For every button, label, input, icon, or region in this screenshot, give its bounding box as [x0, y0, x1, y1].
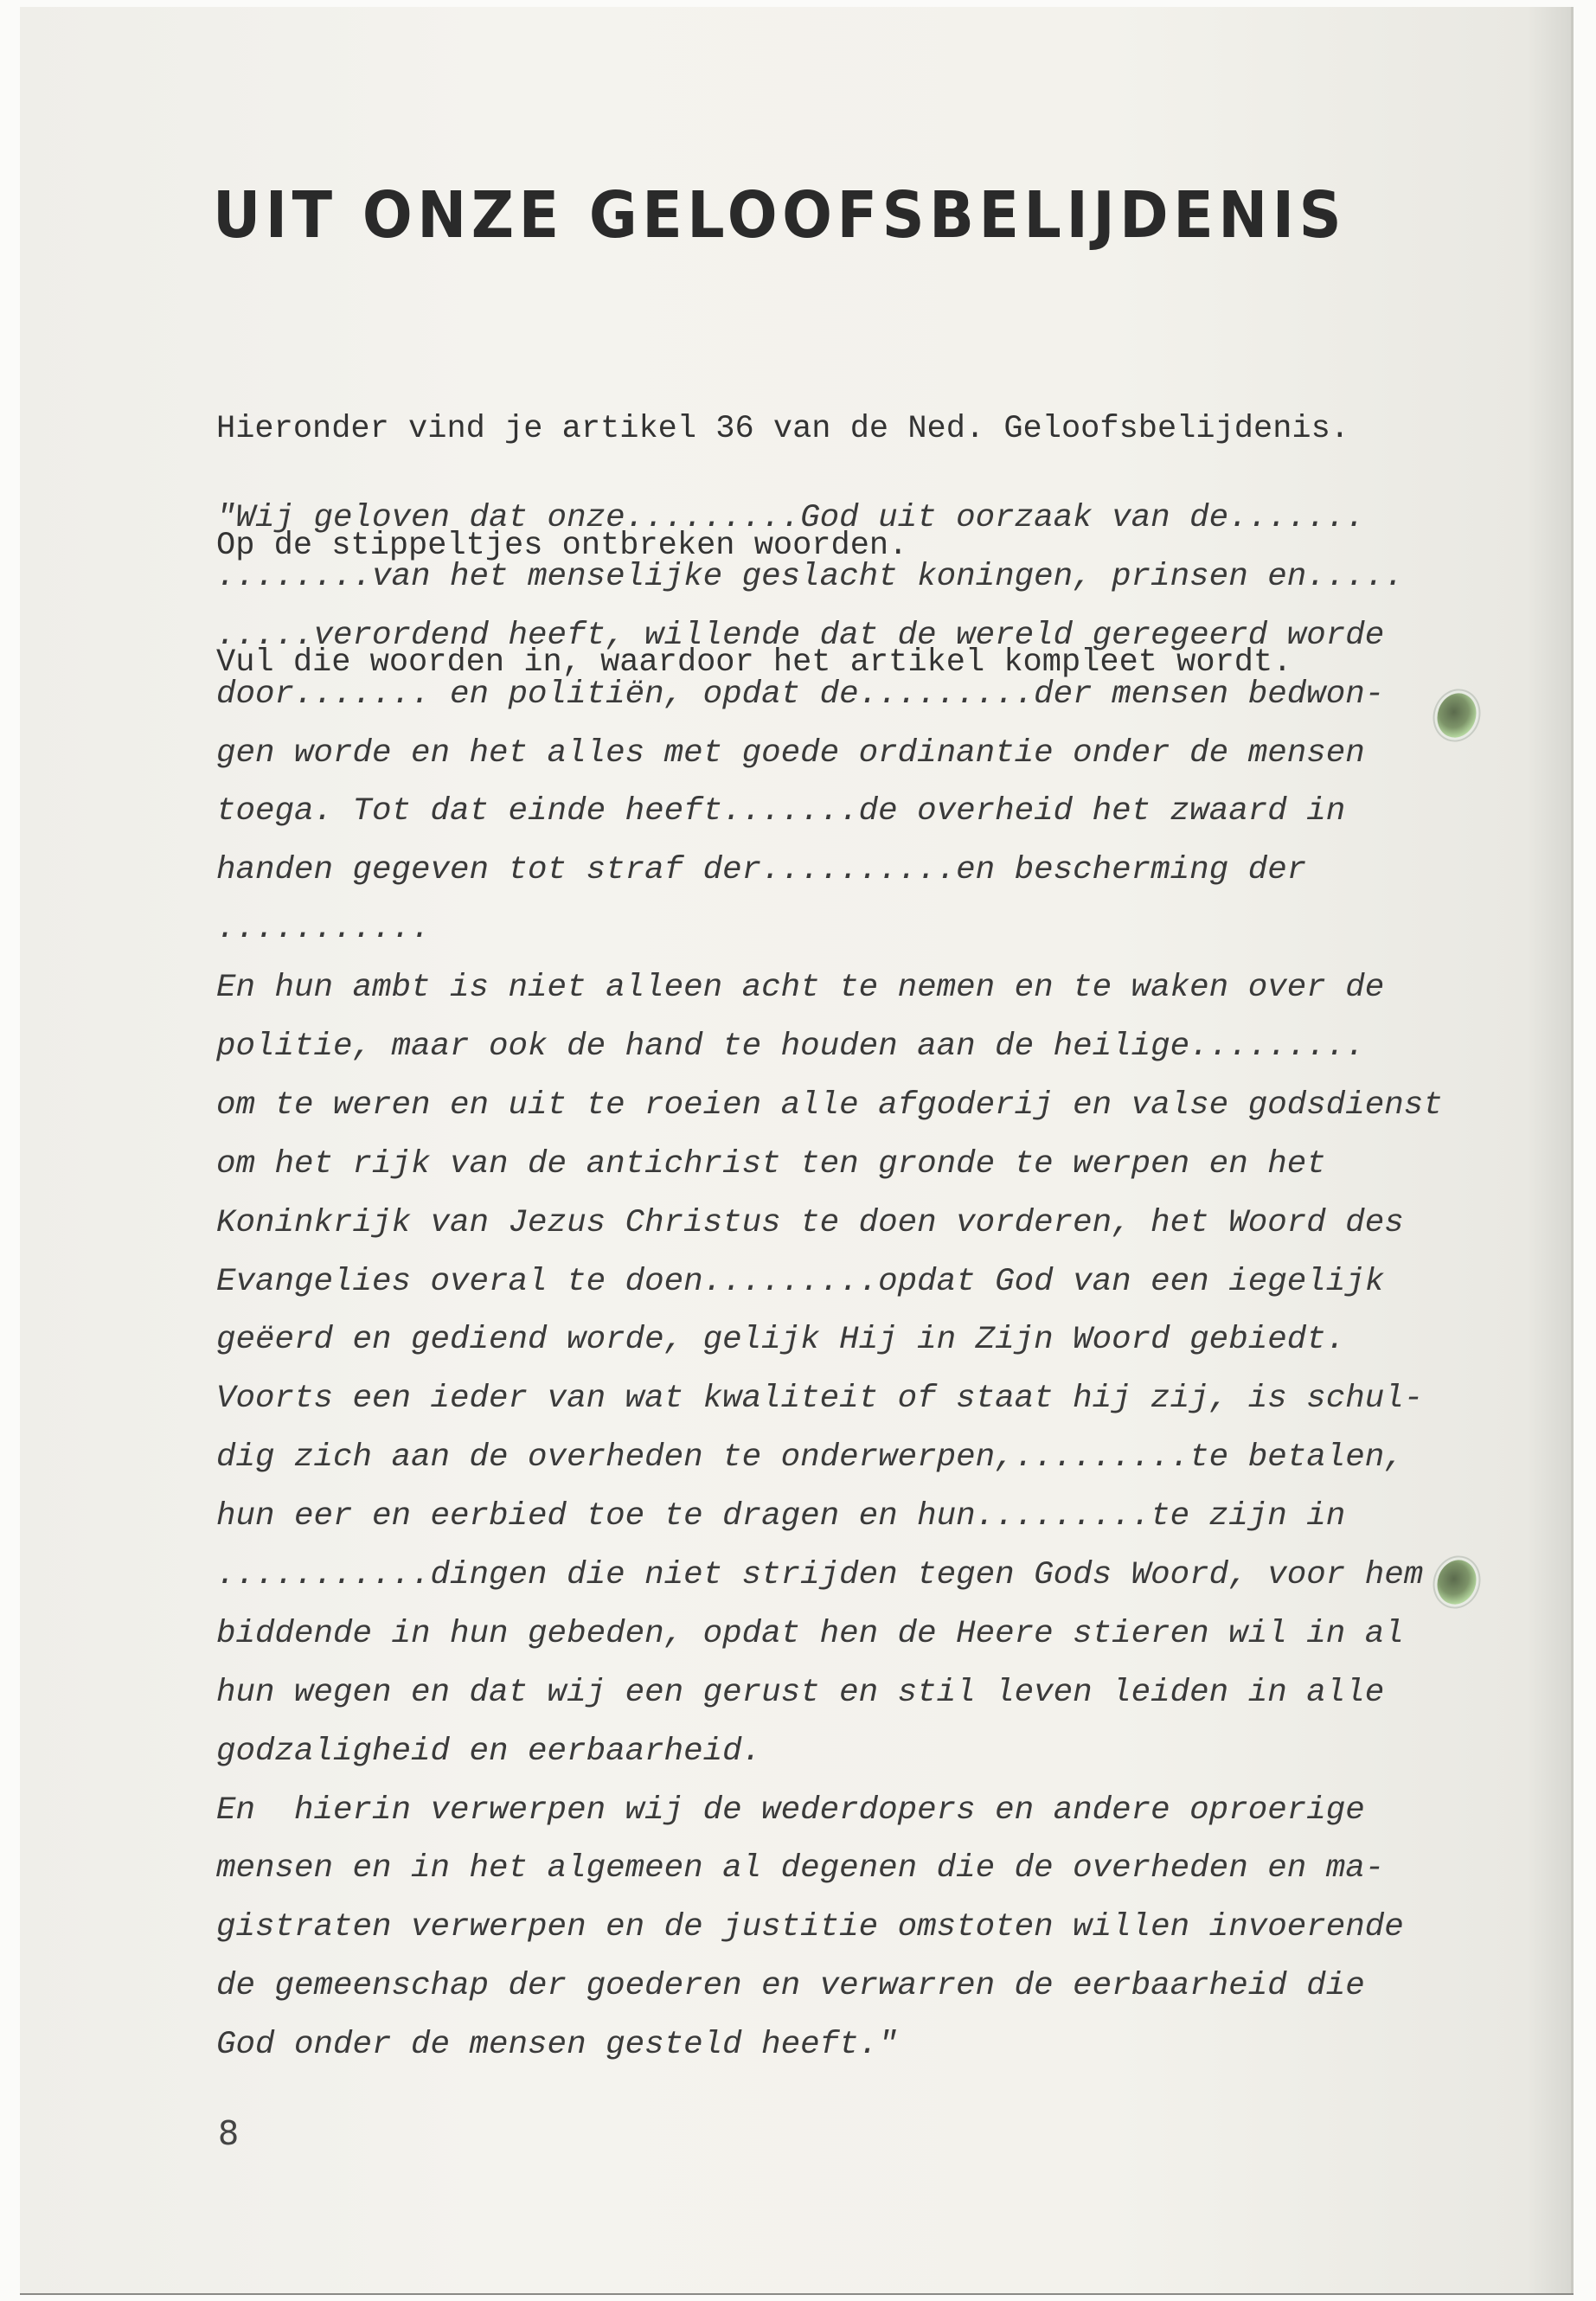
article-line: God onder de mensen gesteld heeft." — [216, 2016, 1443, 2075]
article-line: "Wij geloven dat onze.........God uit oo… — [216, 490, 1443, 548]
article-line: Voorts een ieder van wat kwaliteit of st… — [216, 1370, 1443, 1429]
article-line: de gemeenschap der goederen en verwarren… — [216, 1958, 1443, 2016]
article-line: dig zich aan de overheden te onderwerpen… — [216, 1429, 1443, 1488]
page-edge — [20, 2293, 1574, 2295]
page-number: 8 — [218, 2114, 239, 2152]
article-line: geëerd en gediend worde, gelijk Hij in Z… — [216, 1311, 1443, 1370]
article-line: godzaligheid en eerbaarheid. — [216, 1723, 1443, 1782]
article-36-text: "Wij geloven dat onze.........God uit oo… — [216, 490, 1443, 2075]
article-line: ........... — [216, 901, 1443, 959]
article-line: biddende in hun gebeden, opdat hen de He… — [216, 1606, 1443, 1664]
article-line: hun eer en eerbied toe te dragen en hun.… — [216, 1488, 1443, 1547]
article-line: toega. Tot dat einde heeft.......de over… — [216, 783, 1443, 842]
article-line: ........van het menselijke geslacht koni… — [216, 548, 1443, 607]
article-line: ...........dingen die niet strijden tege… — [216, 1547, 1443, 1606]
article-line: En hierin verwerpen wij de wederdopers e… — [216, 1782, 1443, 1841]
article-line: En hun ambt is niet alleen acht te nemen… — [216, 959, 1443, 1018]
article-line: politie, maar ook de hand te houden aan … — [216, 1018, 1443, 1077]
article-line: om het rijk van de antichrist ten gronde… — [216, 1136, 1443, 1195]
article-line: .....verordend heeft, willende dat de we… — [216, 607, 1443, 666]
article-line: gistraten verwerpen en de justitie omsto… — [216, 1899, 1443, 1958]
article-line: mensen en in het algemeen al degenen die… — [216, 1840, 1443, 1899]
article-line: gen worde en het alles met goede ordinan… — [216, 725, 1443, 784]
article-line: om te weren en uit te roeien alle afgode… — [216, 1077, 1443, 1136]
article-line: door....... en politiën, opdat de.......… — [216, 666, 1443, 725]
article-line: Koninkrijk van Jezus Christus te doen vo… — [216, 1195, 1443, 1253]
page-title: UIT ONZE GELOOFSBELIJDENIS — [213, 183, 1346, 247]
article-line: hun wegen en dat wij een gerust en stil … — [216, 1664, 1443, 1723]
article-line: Evangelies overal te doen.........opdat … — [216, 1253, 1443, 1312]
article-line: handen gegeven tot straf der..........en… — [216, 842, 1443, 901]
instruction-line: Hieronder vind je artikel 36 van de Ned.… — [216, 410, 1349, 449]
